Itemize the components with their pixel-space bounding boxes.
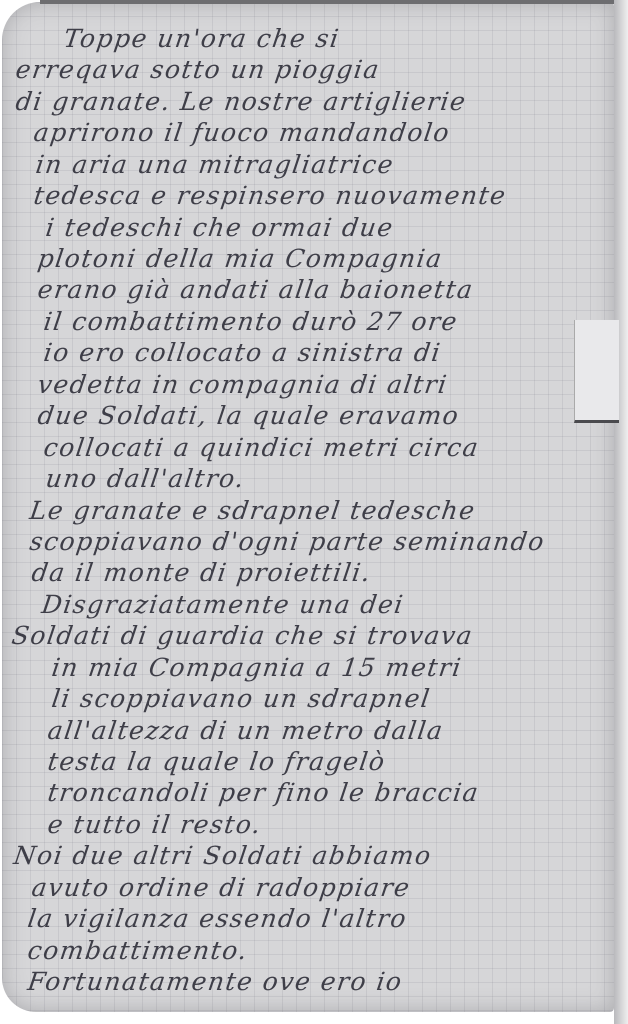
text-line: testa la quale lo fragelò bbox=[46, 747, 388, 776]
text-line: plotoni della mia Compagnia bbox=[36, 244, 445, 273]
text-line: il combattimento durò 27 ore bbox=[42, 307, 460, 336]
text-line: troncandoli per fino le braccia bbox=[46, 778, 481, 807]
notebook-page: Toppe un'ora che si erreqava sotto un pi… bbox=[2, 2, 614, 1012]
text-line: collocati a quindici metri circa bbox=[42, 433, 481, 462]
text-line: uno dall'altro. bbox=[44, 464, 247, 493]
text-line: da il monte di proiettili. bbox=[30, 558, 373, 587]
text-line: in mia Compagnia a 15 metri bbox=[50, 653, 464, 682]
text-line: combattimento. bbox=[26, 936, 250, 965]
page-right-edge bbox=[614, 0, 628, 1024]
text-line: scoppiavano d'ogni parte seminando bbox=[28, 527, 547, 556]
text-line: la vigilanza essendo l'altro bbox=[26, 904, 409, 933]
text-line: avuto ordine di radoppiare bbox=[30, 873, 413, 902]
text-line: e tutto il resto. bbox=[46, 810, 264, 839]
text-line: erano già andati alla baionetta bbox=[36, 275, 476, 304]
text-line: di granate. Le nostre artiglierie bbox=[14, 87, 469, 116]
text-line: aprirono il fuoco mandandolo bbox=[32, 118, 452, 147]
paper-tab bbox=[574, 320, 619, 423]
text-line: Fortunatamente ove ero io bbox=[26, 967, 405, 996]
text-line: Disgraziatamente una dei bbox=[40, 590, 406, 619]
text-line: vedetta in compagnia di altri bbox=[36, 370, 450, 399]
page-top-edge bbox=[40, 0, 628, 4]
text-line: tedesca e respinsero nuovamente bbox=[32, 181, 509, 210]
text-line: li scoppiavano un sdrapnel bbox=[50, 684, 433, 713]
text-line: Le granate e sdrapnel tedesche bbox=[28, 496, 478, 525]
text-line: Toppe un'ora che si bbox=[62, 24, 342, 53]
text-line: Soldati di guardia che si trovava bbox=[10, 621, 475, 650]
text-line: i tedeschi che ormai due bbox=[44, 213, 396, 242]
text-line: in aria una mitragliatrice bbox=[34, 150, 396, 179]
text-line: all'altezza di un metro dalla bbox=[46, 716, 446, 745]
text-line: Noi due altri Soldati abbiamo bbox=[12, 841, 434, 870]
text-line: due Soldati, la quale eravamo bbox=[36, 401, 461, 430]
text-line: io ero collocato a sinistra di bbox=[42, 338, 443, 367]
text-line: erreqava sotto un pioggia bbox=[14, 55, 382, 84]
